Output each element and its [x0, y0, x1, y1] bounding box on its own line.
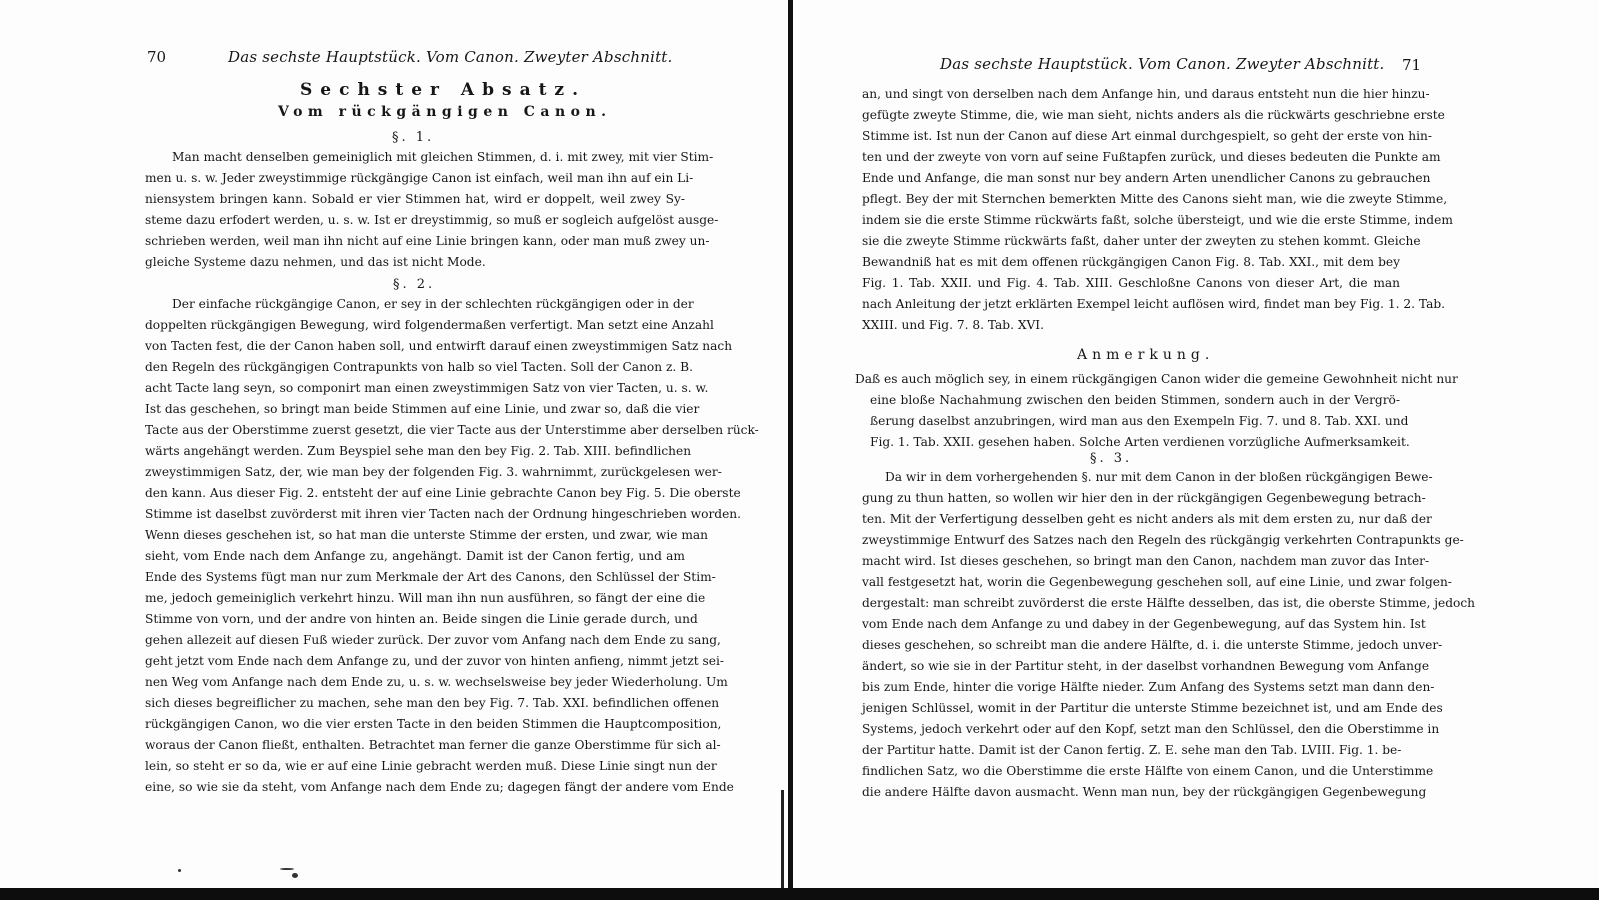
text-line: gefügte zweyte Stimme, die, wie man sieh… [862, 108, 1400, 122]
text-line: den kann. Aus dieser Fig. 2. entsteht de… [145, 486, 685, 500]
right-page: Das sechste Hauptstück. Vom Canon. Zweyt… [795, 0, 1599, 889]
text-line: me, jedoch gemeiniglich verkehrt hinzu. … [145, 591, 685, 605]
text-line: Ende des Systems fügt man nur zum Merkma… [145, 570, 685, 584]
page-number-left: 70 [147, 48, 166, 66]
text-line: rückgängigen Canon, wo die vier ersten T… [145, 717, 685, 731]
text-line: geht jetzt vom Ende nach dem Anfange zu,… [145, 654, 685, 668]
page-number-right: 71 [1402, 56, 1421, 74]
chapter-subtitle: Vom rückgängigen Canon. [278, 104, 612, 120]
text-line: den Regeln des rückgängigen Contrapunkts… [145, 360, 685, 374]
text-line: zweystimmigen Satz, der, wie man bey der… [145, 465, 685, 479]
text-line: vom Ende nach dem Anfange zu und dabey i… [862, 617, 1400, 631]
text-line: woraus der Canon fließt, enthalten. Betr… [145, 738, 685, 752]
text-line: gehen allezeit auf diesen Fuß wieder zur… [145, 633, 685, 647]
text-line: acht Tacte lang seyn, so componirt man e… [145, 381, 685, 395]
left-page: 70 Das sechste Hauptstück. Vom Canon. Zw… [0, 0, 790, 889]
text-line: Bewandniß hat es mit dem offenen rückgän… [862, 255, 1400, 269]
text-line: eine bloße Nachahmung zwischen den beide… [870, 393, 1400, 407]
text-line: niensystem bringen kann. Sobald er vier … [145, 192, 685, 206]
text-line: pflegt. Bey der mit Sternchen bemerkten … [862, 192, 1400, 206]
text-line: die andere Hälfte davon ausmacht. Wenn m… [862, 785, 1400, 799]
text-line: Ende und Anfange, die man sonst nur bey … [862, 171, 1400, 185]
text-line: doppelten rückgängigen Bewegung, wird fo… [145, 318, 685, 332]
text-line: Da wir in dem vorhergehenden §. nur mit … [885, 470, 1400, 484]
text-line: sie die zweyte Stimme rückwärts faßt, da… [862, 234, 1400, 248]
text-line: schrieben werden, weil man ihn nicht auf… [145, 234, 685, 248]
text-line: an, und singt von derselben nach dem Anf… [862, 87, 1400, 101]
text-line: steme dazu erfodert werden, u. s. w. Ist… [145, 213, 685, 227]
text-line: macht wird. Ist dieses geschehen, so bri… [862, 554, 1400, 568]
text-line: ten. Mit der Verfertigung desselben geht… [862, 512, 1400, 526]
scan-bottom-edge [0, 888, 1599, 900]
text-line: nen Weg vom Anfange nach dem Ende zu, u.… [145, 675, 685, 689]
note-heading: Anmerkung. [1077, 347, 1214, 363]
text-line: jenigen Schlüssel, womit in der Partitur… [862, 701, 1400, 715]
text-line: Fig. 1. Tab. XXII. gesehen haben. Solche… [870, 435, 1355, 449]
text-line: indem sie die erste Stimme rückwärts faß… [862, 213, 1400, 227]
text-line: der Partitur hatte. Damit ist der Canon … [862, 743, 1400, 757]
text-line: Wenn dieses geschehen ist, so hat man di… [145, 528, 685, 542]
text-line: ßerung daselbst anzubringen, wird man au… [870, 414, 1400, 428]
section-1-mark: §. 1. [392, 130, 434, 145]
text-line: Stimme von vorn, und der andre von hinte… [145, 612, 685, 626]
text-line: Stimme ist. Ist nun der Canon auf diese … [862, 129, 1400, 143]
text-line: bis zum Ende, hinter die vorige Hälfte n… [862, 680, 1400, 694]
running-head-right: Das sechste Hauptstück. Vom Canon. Zweyt… [940, 55, 1385, 73]
text-line: wärts angehängt werden. Zum Beyspiel seh… [145, 444, 685, 458]
text-line: eine, so wie sie da steht, vom Anfange n… [145, 780, 685, 794]
text-line: Stimme ist daselbst zuvörderst mit ihren… [145, 507, 685, 521]
text-line: gung zu thun hatten, so wollen wir hier … [862, 491, 1400, 505]
text-line: sieht, vom Ende nach dem Anfange zu, ang… [145, 549, 685, 563]
text-line: Ist das geschehen, so bringt man beide S… [145, 402, 685, 416]
text-line: vall festgesetzt hat, worin die Gegenbew… [862, 575, 1400, 589]
chapter-title: Sechster Absatz. [300, 80, 586, 100]
text-line: gleiche Systeme dazu nehmen, und das ist… [145, 255, 463, 269]
text-line: Fig. 1. Tab. XXII. und Fig. 4. Tab. XIII… [862, 276, 1400, 290]
ink-speck [280, 868, 294, 870]
text-line: von Tacten fest, die der Canon haben sol… [145, 339, 685, 353]
text-line: findlichen Satz, wo die Oberstimme die e… [862, 764, 1400, 778]
text-line: Daß es auch möglich sey, in einem rückgä… [855, 372, 1400, 386]
text-line: dergestalt: man schreibt zuvörderst die … [862, 596, 1400, 610]
book-gutter-shadow [781, 790, 784, 890]
text-line: ten und der zweyte von vorn auf seine Fu… [862, 150, 1400, 164]
text-line: zweystimmige Entwurf des Satzes nach den… [862, 533, 1400, 547]
ink-speck [178, 869, 181, 872]
text-line: lein, so steht er so da, wie er auf eine… [145, 759, 685, 773]
running-head-left: Das sechste Hauptstück. Vom Canon. Zweyt… [228, 48, 673, 66]
text-line: Man macht denselben gemeiniglich mit gle… [172, 150, 685, 164]
text-line: Systems, jedoch verkehrt oder auf den Ko… [862, 722, 1400, 736]
book-gutter [788, 0, 793, 900]
text-line: Der einfache rückgängige Canon, er sey i… [172, 297, 685, 311]
text-line: men u. s. w. Jeder zweystimmige rückgäng… [145, 171, 685, 185]
text-line: ändert, so wie sie in der Partitur steht… [862, 659, 1400, 673]
text-line: XXIII. und Fig. 7. 8. Tab. XVI. [862, 318, 1072, 332]
text-line: sich dieses begreiflicher zu machen, seh… [145, 696, 685, 710]
section-2-mark: §. 2. [393, 277, 435, 292]
section-3-mark: §. 3. [1090, 451, 1132, 466]
text-line: dieses geschehen, so schreibt man die an… [862, 638, 1400, 652]
ink-speck [292, 873, 298, 878]
text-line: nach Anleitung der jetzt erklärten Exemp… [862, 297, 1400, 311]
text-line: Tacte aus der Oberstimme zuerst gesetzt,… [145, 423, 685, 437]
